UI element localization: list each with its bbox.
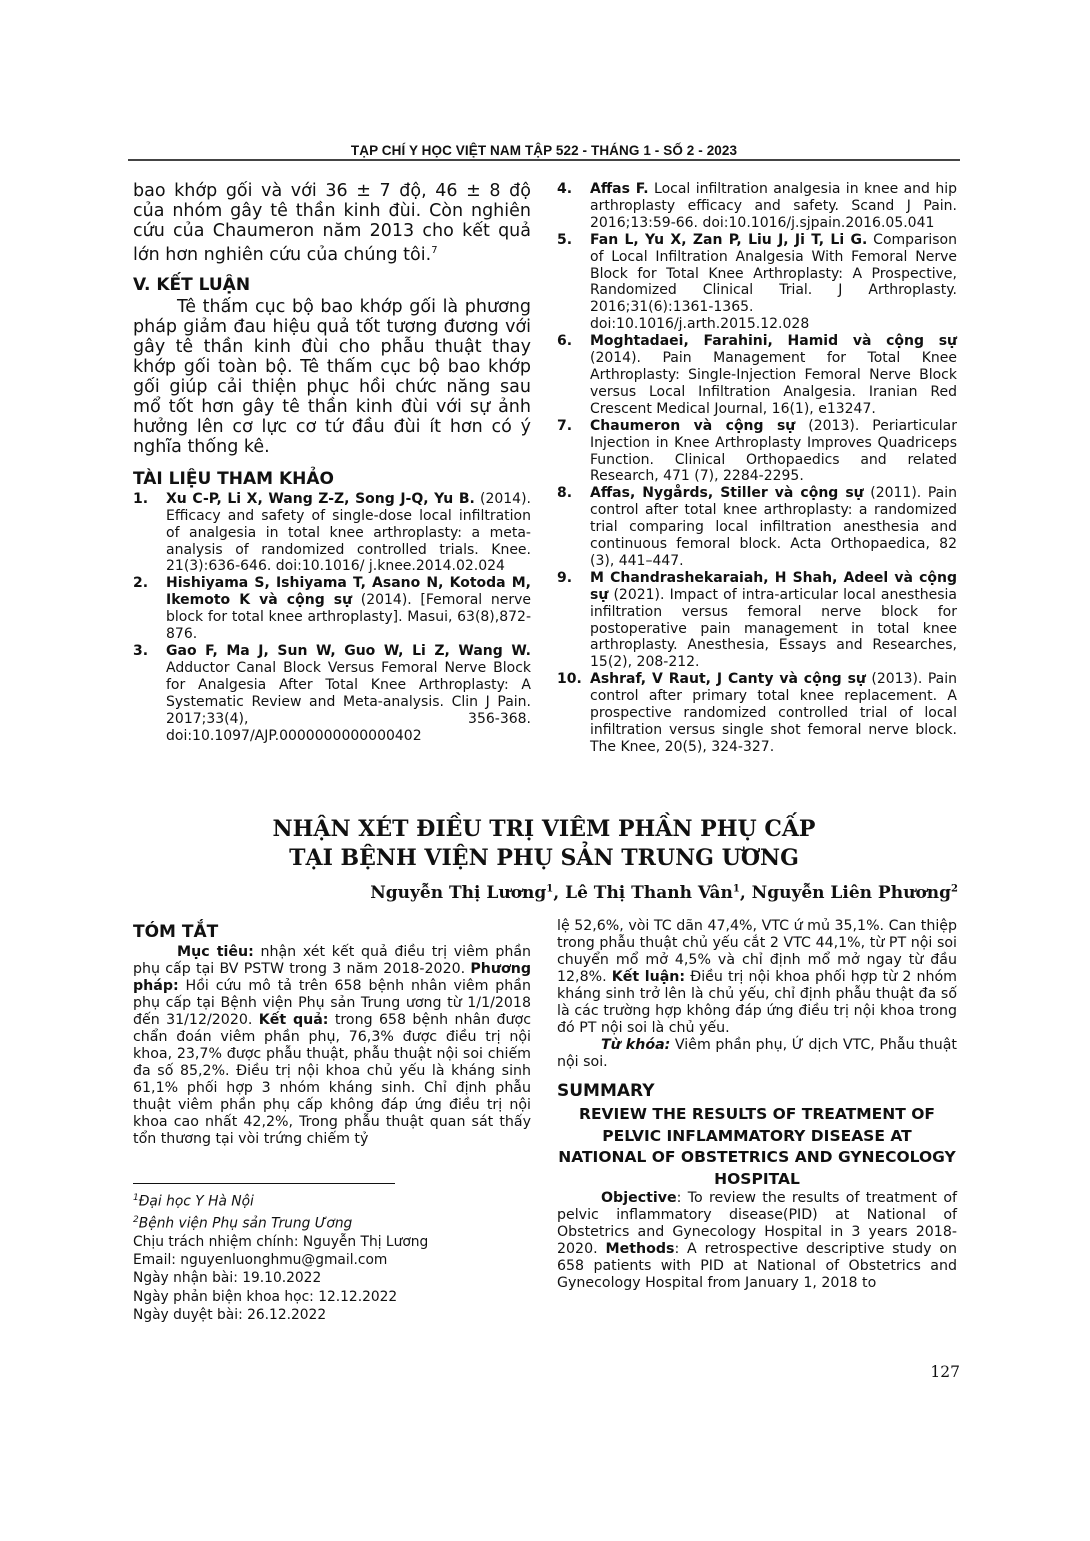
received-date: Ngày nhận bài: 19.10.2022 bbox=[133, 1269, 531, 1287]
reference-item: 10.Ashraf, V Raut, J Canty và cộng sự (2… bbox=[557, 671, 957, 756]
references-heading: TÀI LIỆU THAM KHẢO bbox=[133, 469, 531, 489]
article-title-line-2: TẠI BỆNH VIỆN PHỤ SẢN TRUNG ƯƠNG bbox=[128, 844, 960, 873]
corresponding-author: Chịu trách nhiệm chính: Nguyễn Thị Lương bbox=[133, 1233, 531, 1251]
references-list-right: 4.Affas F. Local infiltration analgesia … bbox=[557, 181, 957, 756]
reference-item: 1.Xu C-P, Li X, Wang Z-Z, Song J-Q, Yu B… bbox=[133, 491, 531, 576]
abstract-vi-body: Mục tiêu: nhận xét kết quả điều trị viêm… bbox=[133, 944, 531, 1148]
footnote-rule bbox=[133, 1183, 395, 1184]
reference-item: 6.Moghtadaei, Farahini, Hamid và cộng sự… bbox=[557, 333, 957, 418]
footnotes: 1Đại học Y Hà Nội 2Bệnh viện Phụ sản Tru… bbox=[133, 1189, 531, 1324]
citation-ref: 7 bbox=[431, 245, 437, 256]
header-rule bbox=[128, 159, 960, 161]
article-title: NHẬN XÉT ĐIỀU TRỊ VIÊM PHẦN PHỤ CẤP TẠI … bbox=[128, 815, 960, 873]
affiliation-2: 2Bệnh viện Phụ sản Trung Ương bbox=[133, 1211, 531, 1233]
abstract-continuation: lệ 52,6%, vòi TC dãn 47,4%, VTC ứ mủ 35,… bbox=[557, 918, 957, 1292]
abstract-vi-heading: TÓM TẮT bbox=[133, 922, 531, 942]
reviewed-date: Ngày phản biện khoa học: 12.12.2022 bbox=[133, 1288, 531, 1306]
prev-article-right-column: 4.Affas F. Local infiltration analgesia … bbox=[557, 181, 957, 756]
reference-item: 8.Affas, Nygårds, Stiller và cộng sự (20… bbox=[557, 485, 957, 570]
affiliation-1: 1Đại học Y Hà Nội bbox=[133, 1189, 531, 1211]
abstract-vi: TÓM TẮT Mục tiêu: nhận xét kết quả điều … bbox=[133, 922, 531, 1148]
conclusion-heading: V. KẾT LUẬN bbox=[133, 275, 531, 295]
reference-item: 3.Gao F, Ma J, Sun W, Guo W, Li Z, Wang … bbox=[133, 643, 531, 744]
article-authors: Nguyễn Thị Lương1, Lê Thị Thanh Vân1, Ng… bbox=[128, 883, 958, 903]
reference-item: 9.M Chandrashekaraiah, H Shah, Adeel và … bbox=[557, 570, 957, 671]
corresponding-email: Email: nguyenluonghmu@gmail.com bbox=[133, 1251, 531, 1269]
reference-item: 4.Affas F. Local infiltration analgesia … bbox=[557, 181, 957, 232]
reference-item: 2.Hishiyama S, Ishiyama T, Asano N, Koto… bbox=[133, 575, 531, 643]
prev-article-left-column: bao khớp gối và với 36 ± 7 độ, 46 ± 8 độ… bbox=[133, 181, 531, 744]
discussion-tail: bao khớp gối và với 36 ± 7 độ, 46 ± 8 độ… bbox=[133, 181, 531, 265]
running-header: TẠP CHÍ Y HỌC VIỆT NAM TẬP 522 - THÁNG 1… bbox=[128, 143, 960, 158]
keywords: Từ khóa: Viêm phần phụ, Ứ dịch VTC, Phẫu… bbox=[557, 1037, 957, 1071]
reference-item: 7.Chaumeron và cộng sự (2013). Periartic… bbox=[557, 418, 957, 486]
summary-body: Objective: To review the results of trea… bbox=[557, 1190, 957, 1292]
conclusion-text: Tê thấm cục bộ bao khớp gối là phương ph… bbox=[133, 297, 531, 457]
accepted-date: Ngày duyệt bài: 26.12.2022 bbox=[133, 1306, 531, 1324]
summary-heading: SUMMARY bbox=[557, 1081, 957, 1101]
article-title-line-1: NHẬN XÉT ĐIỀU TRỊ VIÊM PHẦN PHỤ CẤP bbox=[128, 815, 960, 844]
abstract-vi-continued: lệ 52,6%, vòi TC dãn 47,4%, VTC ứ mủ 35,… bbox=[557, 918, 957, 1037]
journal-page: TẠP CHÍ Y HỌC VIỆT NAM TẬP 522 - THÁNG 1… bbox=[0, 0, 1090, 1541]
page-number: 127 bbox=[920, 1363, 960, 1381]
summary-title: REVIEW THE RESULTS OF TREATMENT OF PELVI… bbox=[557, 1104, 957, 1190]
references-list-left: 1.Xu C-P, Li X, Wang Z-Z, Song J-Q, Yu B… bbox=[133, 491, 531, 745]
reference-item: 5.Fan L, Yu X, Zan P, Liu J, Ji T, Li G.… bbox=[557, 232, 957, 333]
